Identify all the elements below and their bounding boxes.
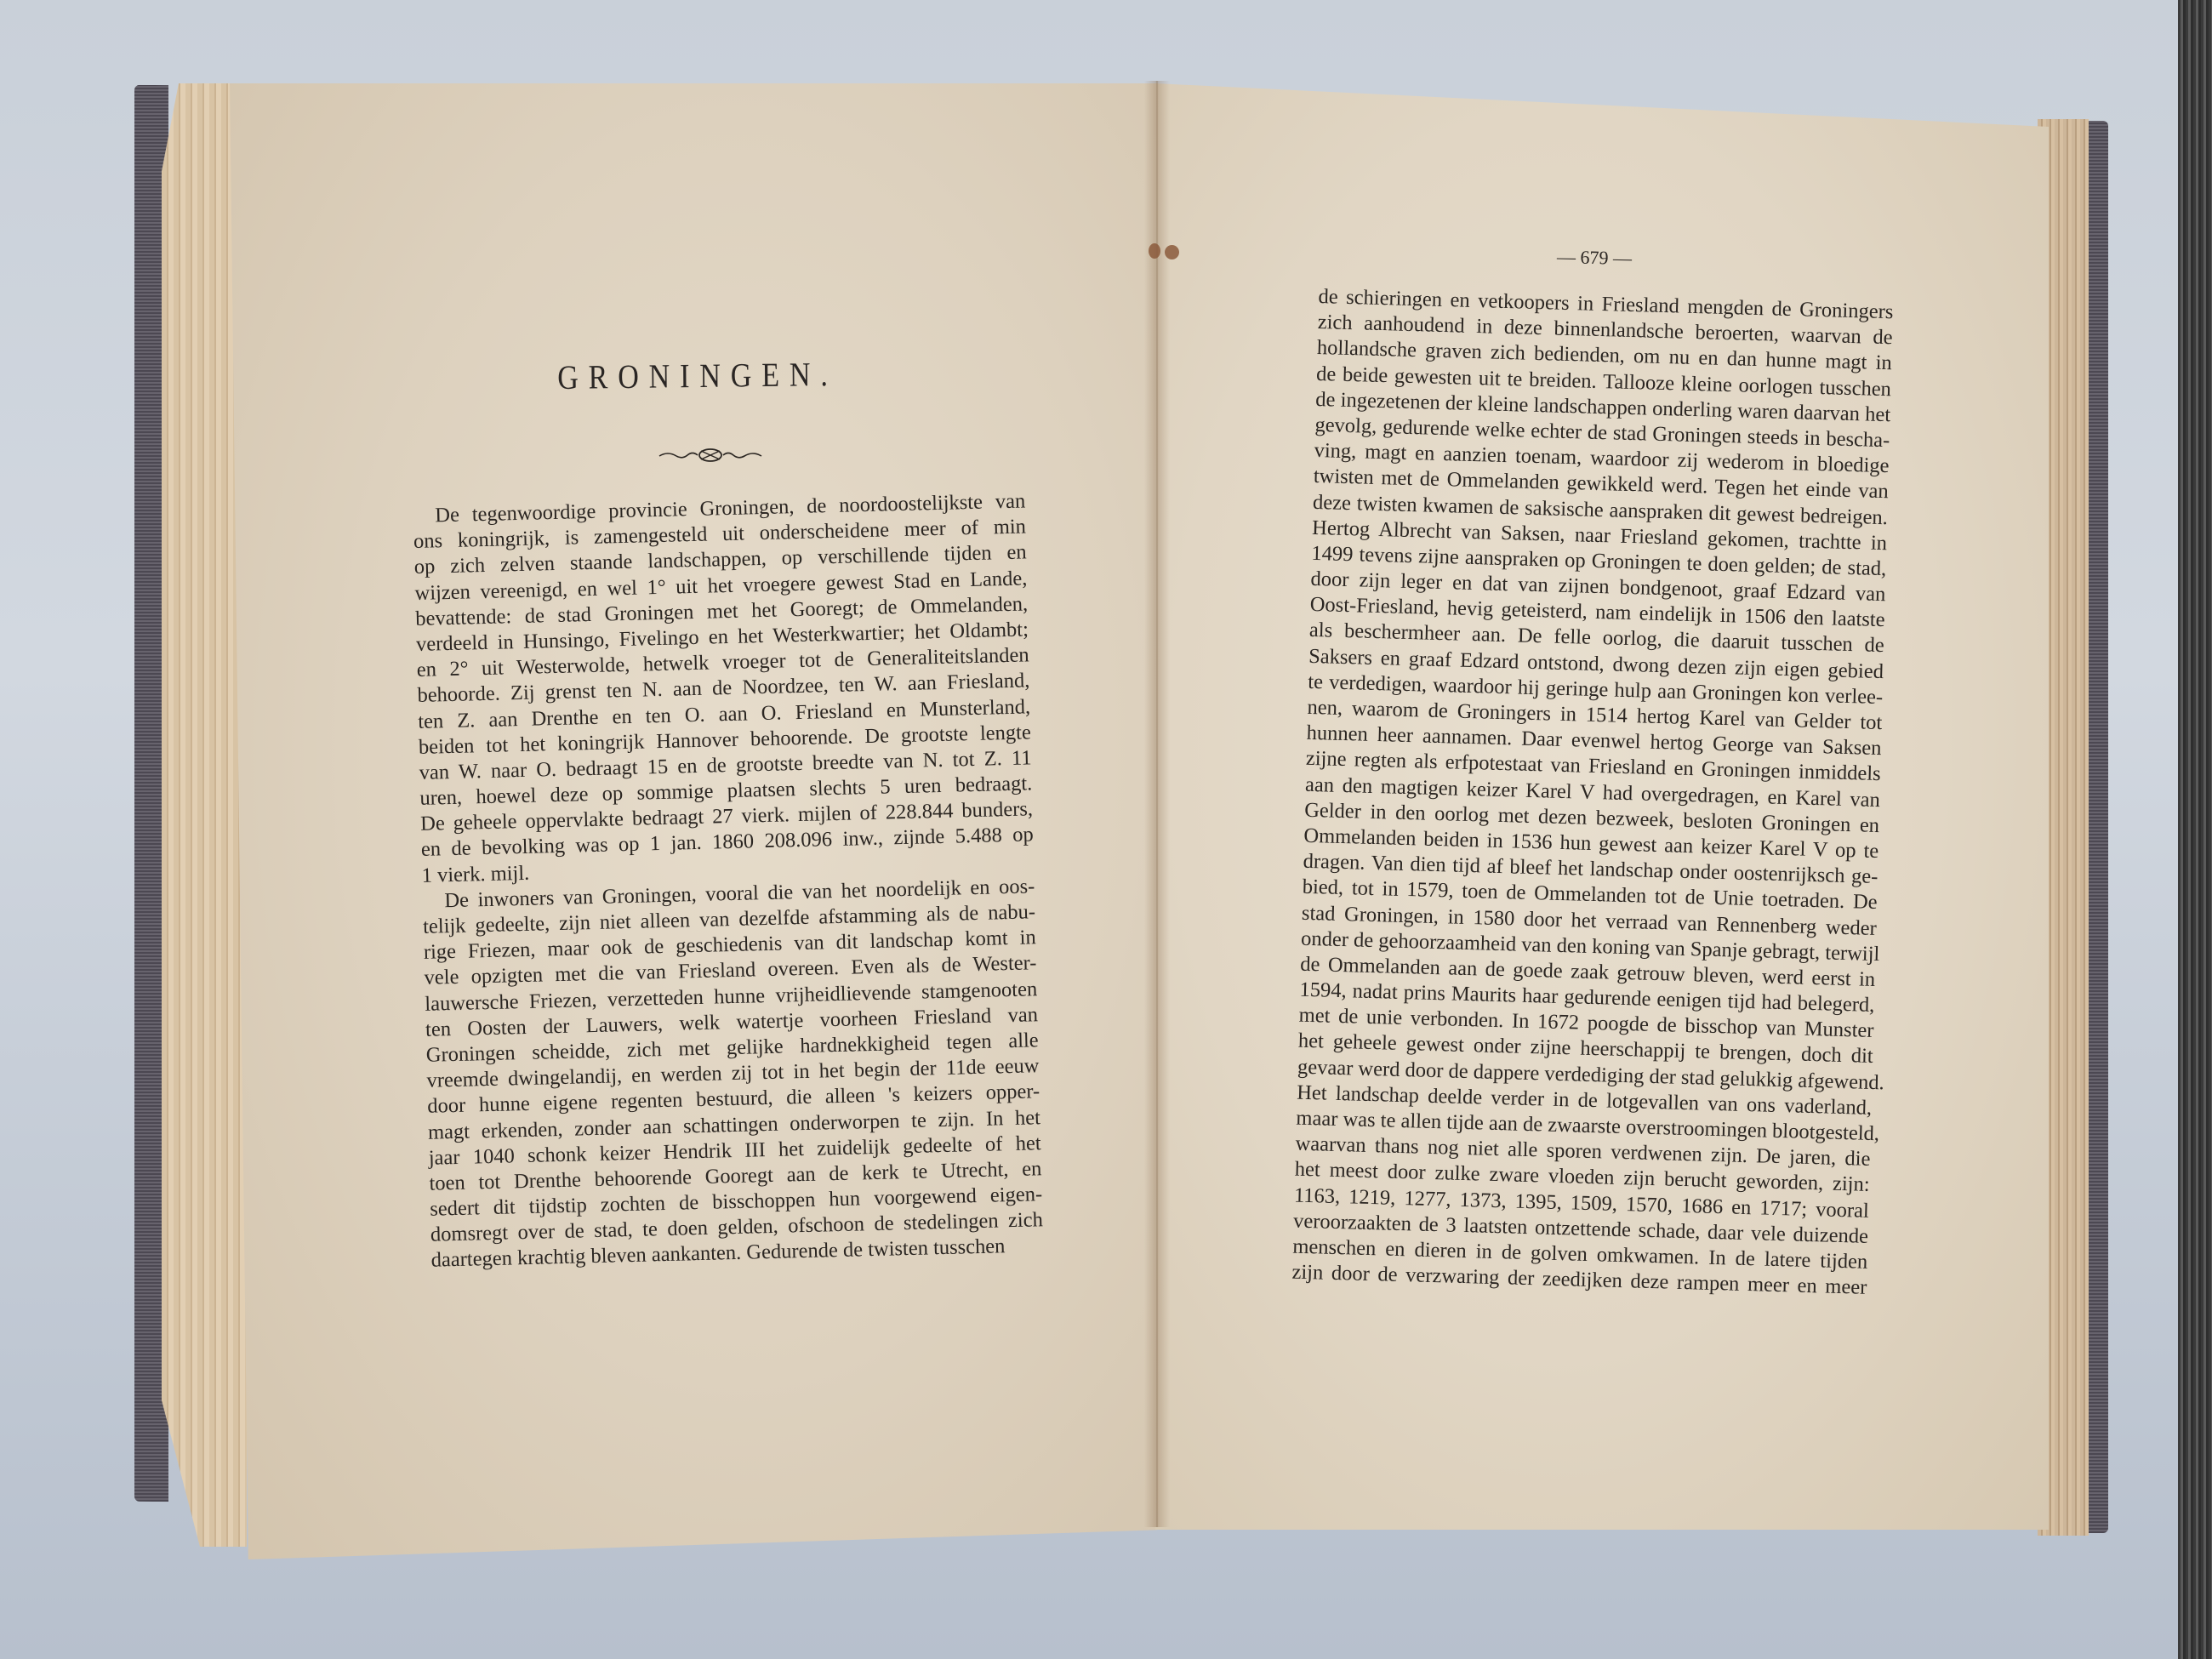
stain-mark — [1165, 245, 1179, 259]
left-page-body: De tegenwoordige provincie Groningen, de… — [413, 488, 1044, 1274]
chapter-title: GRONINGEN. — [557, 354, 838, 397]
right-page-body: de schieringen en vetkoopers in Frieslan… — [1291, 284, 1894, 1301]
stain-mark — [1149, 243, 1160, 259]
flourish-ornament-icon — [655, 442, 766, 468]
page-number: — 679 — — [1557, 246, 1633, 270]
open-book: GRONINGEN. De tegenwoordige provincie Gr… — [0, 0, 2212, 1659]
book-gutter — [1144, 81, 1170, 1527]
